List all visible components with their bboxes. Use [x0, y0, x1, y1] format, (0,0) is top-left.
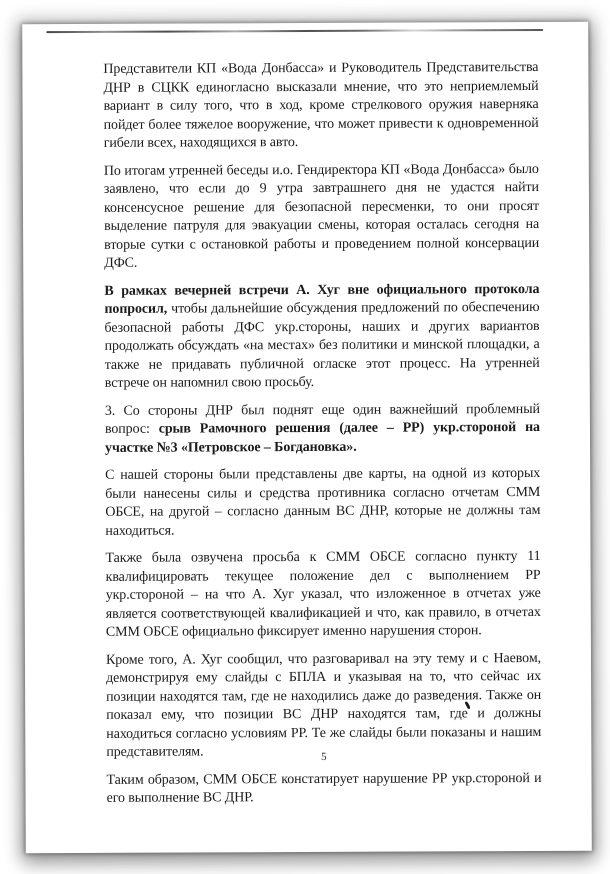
paragraph-text: С нашей стороны были представлены две ка…: [105, 466, 540, 538]
paragraph: Также была озвучена просьба к СММ ОБСЕ с…: [105, 548, 540, 642]
paragraph-text: чтобы дальнейшие обсуждения предложений …: [104, 300, 539, 391]
paragraph-text: Таким образом, СММ ОБСЕ констатирует нар…: [106, 770, 541, 805]
paragraph-text: Кроме того, А. Хуг сообщил, что разговар…: [106, 650, 541, 759]
paragraph: Представители КП «Вода Донбасса» и Руков…: [103, 59, 538, 153]
paragraph-bold-tail: срыв Рамочного решения (далее – РР) укр.…: [105, 420, 540, 455]
paragraph: С нашей стороны были представлены две ка…: [105, 465, 540, 541]
paragraph: По итогам утренней беседы и.о. Гендирект…: [104, 160, 539, 273]
paragraph-text: Представители КП «Вода Донбасса» и Руков…: [103, 60, 538, 151]
scan-artifact-line: [46, 29, 543, 33]
paragraph-text: Также была озвучена просьба к СММ ОБСЕ с…: [105, 549, 540, 640]
paragraph: Кроме того, А. Хуг сообщил, что разговар…: [106, 649, 541, 762]
paragraph: В рамках вечерней встречи А. Хуг вне офи…: [104, 280, 539, 393]
paragraph: Таким образом, СММ ОБСЕ констатирует нар…: [106, 769, 541, 808]
document-page: Представители КП «Вода Донбасса» и Руков…: [22, 22, 592, 853]
paragraph: 3. Со стороны ДНР был поднят еще один ва…: [105, 400, 540, 457]
paragraph-text: По итогам утренней беседы и.о. Гендирект…: [104, 161, 539, 270]
document-body: Представители КП «Вода Донбасса» и Руков…: [103, 59, 541, 817]
page-number: 5: [106, 750, 541, 764]
